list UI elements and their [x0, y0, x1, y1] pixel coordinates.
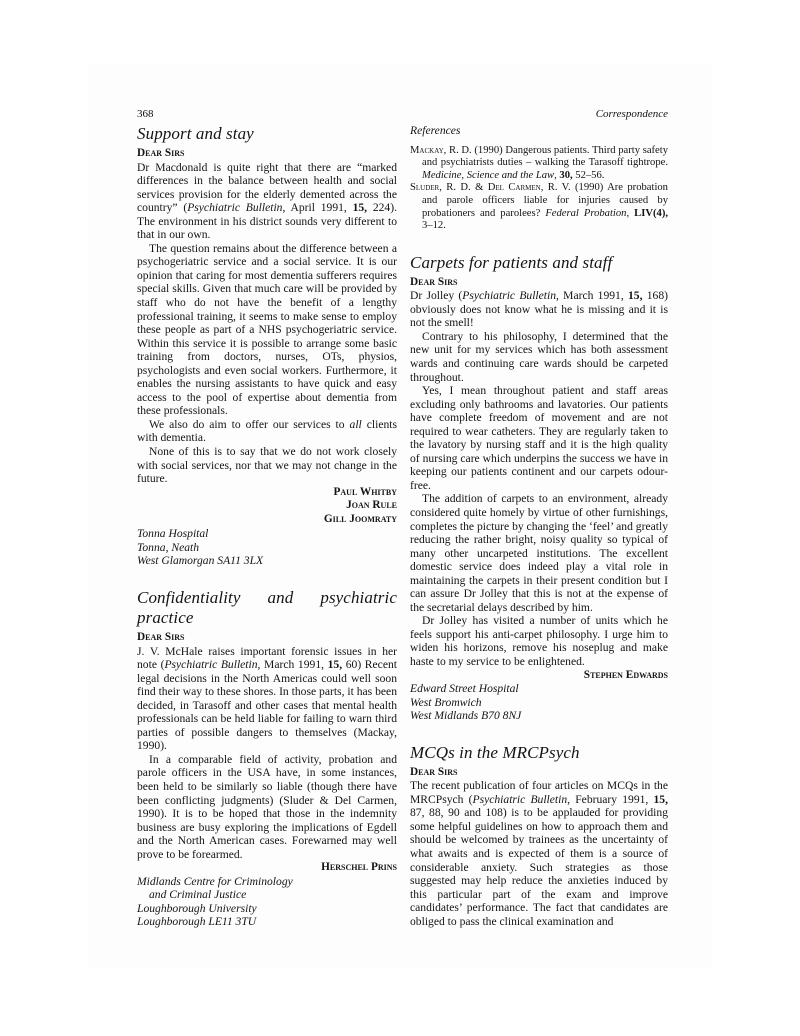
reference-item: Mackay, R. D. (1990) Dangerous patients.…: [410, 145, 668, 183]
signatory: Stephen Edwards: [410, 669, 668, 683]
salutation: Dear Sirs: [410, 766, 668, 780]
address-line: West Bromwich: [410, 696, 668, 710]
signatory: Paul Whitby: [137, 486, 397, 500]
letter-title: Support and stay: [137, 124, 397, 144]
references-heading: References: [410, 124, 668, 138]
address-line: Tonna, Neath: [137, 541, 397, 555]
reference-item: Sluder, R. D. & Del Carmen, R. V. (1990)…: [410, 182, 668, 232]
letter-support-and-stay: Support and stay Dear Sirs Dr Macdonald …: [137, 124, 397, 568]
paragraph: The question remains about the differenc…: [137, 242, 397, 418]
signatory: Gill Joomraty: [137, 513, 397, 527]
journal-title: Psychiatric Bulletin,: [164, 658, 260, 671]
letter-carpets: Carpets for patients and staff Dear Sirs…: [410, 253, 668, 723]
paragraph: None of this is to say that we do not wo…: [137, 445, 397, 486]
address: Edward Street Hospital West Bromwich Wes…: [410, 682, 668, 723]
letter-confidentiality: Confidentiality and psychiatric practice…: [137, 588, 397, 929]
address-line: Midlands Centre for Criminology: [137, 875, 397, 889]
journal-title: Psychiatric Bulletin: [473, 793, 568, 806]
paragraph: Dr Jolley (Psychiatric Bulletin, March 1…: [410, 289, 668, 330]
address-line: Tonna Hospital: [137, 527, 397, 541]
paragraph: Dr Jolley has visited a number of units …: [410, 614, 668, 668]
volume: 15,: [328, 658, 343, 671]
letter-mcqs: MCQs in the MRCPsych Dear Sirs The recen…: [410, 743, 668, 929]
paragraph: The addition of carpets to an environmen…: [410, 492, 668, 614]
address-line: and Criminal Justice: [137, 888, 397, 902]
journal-title: Psychiatric Bulletin: [462, 289, 556, 302]
volume: 15,: [654, 793, 669, 806]
emphasis: all: [350, 418, 362, 431]
paragraph: Contrary to his philosophy, I determined…: [410, 330, 668, 384]
paragraph: In a comparable field of activity, proba…: [137, 753, 397, 861]
page-number: 368: [137, 108, 154, 120]
salutation: Dear Sirs: [137, 147, 397, 161]
journal-title: Psychiatric Bulletin: [187, 201, 282, 214]
volume: 15,: [353, 201, 368, 214]
letter-title: Confidentiality and psychiatric practice: [137, 588, 397, 628]
letter-title: MCQs in the MRCPsych: [410, 743, 668, 763]
paragraph: Dr Macdonald is quite right that there a…: [137, 161, 397, 242]
address-line: West Glamorgan SA11 3LX: [137, 554, 397, 568]
address-line: Loughborough LE11 3TU: [137, 915, 397, 929]
right-column: References Mackay, R. D. (1990) Dangerou…: [410, 124, 668, 928]
salutation: Dear Sirs: [410, 276, 668, 290]
address: Midlands Centre for Criminology and Crim…: [137, 875, 397, 929]
references: References Mackay, R. D. (1990) Dangerou…: [410, 124, 668, 233]
address-line: West Midlands B70 8NJ: [410, 709, 668, 723]
volume: 15,: [628, 289, 643, 302]
letter-title: Carpets for patients and staff: [410, 253, 668, 273]
paragraph: Yes, I mean throughout patient and staff…: [410, 384, 668, 492]
running-head: Correspondence: [410, 108, 668, 120]
address: Tonna Hospital Tonna, Neath West Glamorg…: [137, 527, 397, 568]
salutation: Dear Sirs: [137, 631, 397, 645]
paragraph: The recent publication of four articles …: [410, 779, 668, 928]
signatory: Herschel Prins: [137, 861, 397, 875]
address-line: Loughborough University: [137, 902, 397, 916]
paragraph: J. V. McHale raises important forensic i…: [137, 645, 397, 753]
address-line: Edward Street Hospital: [410, 682, 668, 696]
left-column: Support and stay Dear Sirs Dr Macdonald …: [137, 124, 397, 929]
signatory: Joan Rule: [137, 499, 397, 513]
paragraph: We also do aim to offer our services to …: [137, 418, 397, 445]
